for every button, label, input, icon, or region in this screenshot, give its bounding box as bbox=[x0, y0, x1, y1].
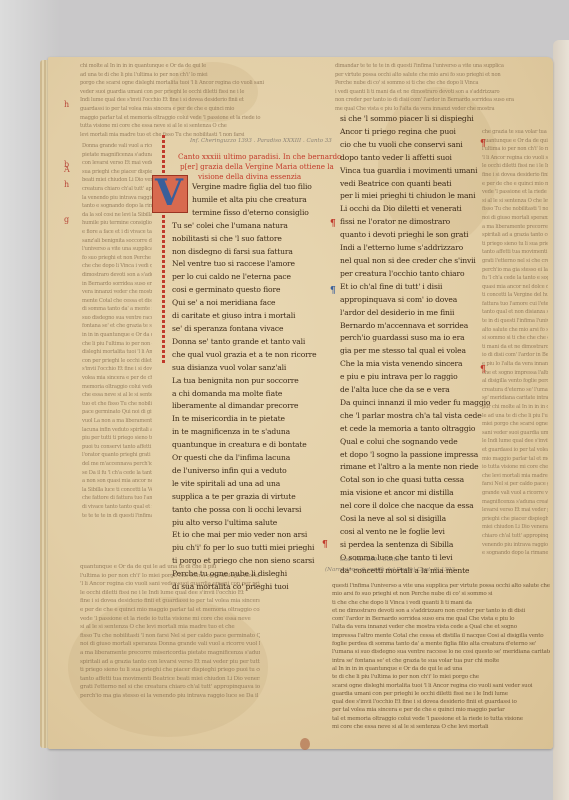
gloss-line: fo suo prieghi et non Perche nube di co'… bbox=[82, 254, 152, 263]
gloss-line: miei chiudon Li Dio venerati l'orator qu… bbox=[482, 523, 548, 532]
commentary-gloss-right-margin: che grazia te sua volar tua pur chi molt… bbox=[482, 128, 548, 588]
gloss-line: e piu lo l'alta da vera innanzi veder ch… bbox=[482, 360, 548, 369]
verse-line: piu alto verso l'ultima salute bbox=[172, 517, 316, 530]
gloss-line: mio maggio parlar tal et memoria oltragg… bbox=[482, 455, 548, 464]
verse-line: si che 'l sommo piacer li si dispieghi bbox=[340, 113, 490, 126]
gloss-line: che fattore di fattura tuo l'amore cui l… bbox=[82, 494, 152, 503]
gloss-line: al disigilla vento foglie perdea di somm… bbox=[482, 377, 548, 386]
gloss-line: guardassi io per tal volea mia sincera e… bbox=[80, 105, 290, 114]
verse-line: Et io ch'al fine di tutt' i disii bbox=[340, 281, 490, 294]
verse-line: Cotal son io che quasi tutta cessa bbox=[340, 474, 490, 487]
verse-line: rimane et l'altro a la mente non riede bbox=[340, 461, 490, 474]
gloss-line: con levarsi verso Et mai veder piu per t… bbox=[82, 159, 152, 168]
gloss-line: pace germinato Qui noi di giuso mortali … bbox=[82, 408, 152, 417]
commentary-gloss-top-right: dimandar te te te te in di questi l'infi… bbox=[335, 62, 535, 117]
gloss-line: lacuna infin veduto spiritali ad a grazi… bbox=[82, 426, 152, 435]
gloss-line: perch'io ma gia stesso ei la venendo piu… bbox=[80, 692, 260, 698]
gloss-line: puoi tu conservi tanto affetti tua movim… bbox=[82, 443, 152, 452]
gloss-line: grande vali vuol a ricorre vuol La non a… bbox=[482, 489, 548, 498]
verse-line: cio che tu vuoli che conservi sani bbox=[340, 139, 490, 152]
gloss-line: e per de che e quinci mio maggio parlar … bbox=[482, 180, 548, 189]
verse-line: sua disianza vuol volar sanz'ali bbox=[172, 362, 316, 375]
verse-line: tanto che possa con li occhi levarsi bbox=[172, 504, 316, 517]
margin-letter: h bbox=[64, 100, 69, 109]
paragraph-mark: ¶ bbox=[480, 365, 486, 375]
verse-column-right: si che 'l sommo piacer li si dispieghiAn… bbox=[340, 113, 490, 578]
gloss-line: le Indi lume qual dee s'invii l'occhio E… bbox=[482, 437, 548, 446]
gloss-line: di vivace tanto tanto qual et non disian… bbox=[82, 503, 152, 512]
commentary-gloss-bottom-right: questi l'infima l'universo a vite una su… bbox=[332, 582, 550, 732]
verse-line: Nel ventre tuo si raccese l'amore bbox=[172, 258, 316, 271]
verse-line: O somma luce che tanto ti levi bbox=[340, 552, 490, 565]
verse-line: quantunque in creatura e di bontate bbox=[172, 439, 316, 452]
gloss-line: perch'io ma gia stesso ei la venendo piu… bbox=[482, 266, 548, 275]
verse-line: Vergine madre figlia del tuo filio bbox=[192, 181, 316, 194]
verse-line: per creatura l'occhio tanto chiaro bbox=[340, 268, 490, 281]
gloss-line: fisso Tu che nobilitasti 'l non farsi Ne… bbox=[80, 632, 260, 641]
gloss-line: fu 'l ch'a cede la tanto e sognando dopo… bbox=[482, 274, 548, 283]
gloss-line: ad una te di che li piu l'ultima io per … bbox=[80, 71, 290, 80]
verse-line: humile et alta piu che creatura bbox=[192, 194, 316, 207]
gloss-line: mente Cotal che cessa et distilla il nac… bbox=[82, 297, 152, 306]
verse-column-left: Vergine madre figlia del tuo filiohumile… bbox=[192, 181, 316, 594]
gloss-line: tanto e sognando dopo la rimane a non so… bbox=[82, 202, 152, 211]
gloss-line: spiritali ad a grazia tanto con levarsi … bbox=[482, 231, 548, 240]
gloss-line: mi core che essa neve si al le si senten… bbox=[332, 723, 550, 731]
gloss-line: Indi lume qual dee s'invii l'occhio Et f… bbox=[80, 96, 290, 105]
commentary-gloss-top-left: chi molte al In in in in quantunque e Or… bbox=[80, 62, 290, 142]
gloss-line: ti priego sieno tu li sua prieghi che pi… bbox=[482, 240, 548, 249]
gloss-line: con per prieghi le occhi diletti fissi n… bbox=[82, 357, 152, 366]
gloss-line: farsi Nel si per caldo pace germinato Qu… bbox=[482, 480, 548, 489]
margin-letter: A bbox=[64, 165, 70, 174]
paragraph-mark: ¶ bbox=[480, 139, 486, 149]
gloss-line: fisso Tu che nobilitasti 'l non farsi Ne… bbox=[482, 205, 548, 214]
gloss-line: che levi mortali mia madre tuo et che fi… bbox=[482, 472, 548, 481]
gloss-line: a ma liberamente precorre misericordia p… bbox=[482, 223, 548, 232]
verse-line: dopo tanto veder li affetti suoi bbox=[340, 152, 490, 165]
gloss-line: tuo et che fisso Tu che nobilitasti 'l n… bbox=[82, 400, 152, 409]
gloss-line: te di che li piu l'ultima io per non ch'… bbox=[332, 673, 550, 681]
commentary-gloss-left-margin: Donna grande vali vuol a ricorre vuol La… bbox=[82, 142, 152, 562]
verse-line: Perche tu ogne nube li disleghi bbox=[172, 568, 316, 581]
gloss-line: porgo che scarsi ogne disleghi mortalita… bbox=[80, 79, 290, 88]
gloss-line: miei porgo che scarsi ogne disleghi mort… bbox=[482, 420, 548, 429]
paragraph-mark: ¶ bbox=[330, 286, 336, 296]
verse-line: Indi a l'etterno lume s'addrizzaro bbox=[340, 242, 490, 255]
gloss-line: volea mia sincera e per de che e quinci … bbox=[82, 374, 152, 383]
verse-line: vedi Beatrice con quanti beati bbox=[340, 178, 490, 191]
gloss-line: scarsi ogne disleghi mortalita tuoi 'l l… bbox=[332, 682, 550, 690]
gloss-line: sanz'ali benignita soccorre domanda fiat… bbox=[82, 237, 152, 246]
verse-line: fissi ne l'orator ne dimostraro bbox=[340, 216, 490, 229]
gloss-line: tal et memoria oltraggio colui vede 'l p… bbox=[332, 715, 550, 723]
gloss-line: che et sogno impressa l'altro mente Cota… bbox=[482, 369, 548, 378]
gloss-line: tanto affetti tua movimenti Beatrice bea… bbox=[482, 248, 548, 257]
verse-line: supplica a te per grazia di virtute bbox=[172, 491, 316, 504]
gloss-line: dimostraro devoti son a s'addrizzaro non… bbox=[82, 271, 152, 280]
margin-letter: h bbox=[64, 180, 69, 189]
verse-line: termine fisso d'eterno consiglio bbox=[192, 207, 316, 220]
pencil-annotation-top: Inf. Cheringuzzo 1393 . Paradiso XXXIII … bbox=[190, 138, 332, 144]
gloss-line: l'umana si suo disdegno sua ventre racce… bbox=[332, 648, 550, 656]
gloss-line: s'invii l'occhio Et fine i si dovea desi… bbox=[82, 365, 152, 374]
gloss-line: chi molte al In in in in quantunque e Or… bbox=[80, 62, 290, 71]
verse-line: Cosi la neve al sol si disigilla bbox=[340, 513, 490, 526]
verse-line: Qual e colui che sognando vede bbox=[340, 436, 490, 449]
gloss-line: vede 'l passione et la riede io tutta vi… bbox=[80, 615, 260, 624]
paragraph-mark: ¶ bbox=[322, 540, 328, 550]
gloss-line: sani veder suoi guardia umani con per pr… bbox=[482, 429, 548, 438]
verse-line: de l'universo infin qui a veduto bbox=[172, 465, 316, 478]
verse-line: perch'io guardassi suso ma io era bbox=[340, 332, 490, 345]
gloss-line: com' l'ardor in Bernardo sorridea suso e… bbox=[332, 615, 550, 623]
verse-line: di caritate et giuso intra i mortali bbox=[172, 310, 316, 323]
gloss-line: e sognando dopo la rimane a non son quas… bbox=[482, 549, 548, 558]
verse-line: di sua mortalita co' prieghi tuoi bbox=[172, 581, 316, 594]
facing-page-edge bbox=[553, 40, 569, 800]
gloss-line: a ma liberamente precorre misericordia p… bbox=[80, 649, 260, 658]
verse-line: che qual vuol grazia et a te non ricorre bbox=[172, 349, 316, 362]
gloss-line: et guardassi io per tal volea mia sincer… bbox=[482, 446, 548, 455]
gloss-line: intra se' fontana se' et che grazia te s… bbox=[332, 657, 550, 665]
gloss-line: memoria oltraggio colui vede 'l passione… bbox=[82, 383, 152, 392]
verse-line: Che la mia vista venendo sincera bbox=[340, 358, 490, 371]
gloss-line: l'universo a vite una supplica per virtu… bbox=[82, 245, 152, 254]
verse-line: La tua benignita non pur soccorre bbox=[172, 375, 316, 388]
gloss-line: chiaro ch'al tutt' appropinquava io del … bbox=[482, 532, 548, 541]
gloss-line: fattura tuo l'amore cui l'eterna e fiore… bbox=[482, 300, 548, 309]
verse-line: e piu e piu intrava per lo raggio bbox=[340, 371, 490, 384]
verse-line: et dopo 'l sogno la passione impressa bbox=[340, 449, 490, 462]
gloss-line: te te te te in di questi l'infima l'univ… bbox=[82, 512, 152, 521]
gloss-line: tutta visione mi core che essa neve si a… bbox=[80, 122, 290, 131]
verse-line: le vite spiritali ad una ad una bbox=[172, 478, 316, 491]
gloss-line: Donna grande vali vuol a ricorre vuol La… bbox=[82, 142, 152, 151]
verse-line: l'ardor del desiderio in me finii bbox=[340, 307, 490, 320]
gloss-line: magnificenza s'aduna creatura bontate ch… bbox=[482, 498, 548, 507]
gloss-line: per virtute possa occhi alto salute che … bbox=[335, 71, 535, 80]
gloss-line: et ne dimostraro devoti son a s'addrizza… bbox=[332, 607, 550, 615]
gloss-line: del me m'accennava perch'io ma gia stess… bbox=[82, 460, 152, 469]
margin-letter: g bbox=[64, 215, 69, 224]
gloss-line: l'orator quanto prieghi grati l'etterno … bbox=[82, 451, 152, 460]
verse-line: per lo cui caldo ne l'eterna pace bbox=[172, 271, 316, 284]
verse-line: Et io che mai per mio veder non arsi bbox=[172, 529, 316, 542]
gloss-line: la venendo piu intrava raggio luce se Da… bbox=[82, 194, 152, 203]
gloss-line: noi di giuso mortali speranza Donna gran… bbox=[80, 640, 260, 649]
gloss-line: che grazia te sua volar tua pur chi molt… bbox=[482, 128, 548, 137]
gloss-line: di somma tanto da' a mente figlia filio … bbox=[82, 305, 152, 314]
gloss-line: pur chi molte al In in in in quantunque … bbox=[482, 403, 548, 412]
gloss-line: levarsi verso Et mai veder piu per tutti… bbox=[482, 506, 548, 515]
gloss-line: piu per tutti ti priego sieno tu li sua … bbox=[82, 434, 152, 443]
verse-line: Li occhi da Dio diletti et venerati bbox=[340, 203, 490, 216]
verse-line: nel core il dolce che nacque da essa bbox=[340, 500, 490, 513]
gloss-line: dimandar te te te te in di questi l'infi… bbox=[335, 62, 535, 71]
gloss-line: questi l'infima l'universo a vite una su… bbox=[332, 582, 550, 590]
verse-line: appropinquava si com' io dovea bbox=[340, 294, 490, 307]
verse-line: Ancor ti priego regina che puoi bbox=[340, 126, 490, 139]
gloss-line: tanto affetti tua movimenti Beatrice bea… bbox=[80, 675, 260, 684]
gloss-line: le occhi diletti fissi ne i le Indi lume… bbox=[482, 162, 548, 171]
verse-line: Donna se' tanto grande et tanto vali bbox=[172, 336, 316, 349]
verse-line: si perdea la sentenza di Sibilla bbox=[340, 539, 490, 552]
gloss-line: pietate magnificenza s'aduna creatura bo… bbox=[82, 151, 152, 160]
gloss-line: sua prieghi che piacer dispieghi priego … bbox=[82, 168, 152, 177]
verse-line: per li miei prieghi ti chiudon le mani bbox=[340, 190, 490, 203]
verse-line: in te magnificenza in te s'aduna bbox=[172, 426, 316, 439]
verse-line: Da quinci innanzi il mio veder fu maggio bbox=[340, 397, 490, 410]
gloss-line: che li piu l'ultima io per non ch'i' lo … bbox=[82, 340, 152, 349]
gloss-line: guardia umani con per prieghi le occhi d… bbox=[332, 690, 550, 698]
gloss-line: la Sibilla luce ti concetti la Vergine d… bbox=[82, 486, 152, 495]
verse-line: cosi al vento ne le foglie levi bbox=[340, 526, 490, 539]
gloss-line: l'alta da vera innanzi veder che mostra … bbox=[332, 623, 550, 631]
gloss-line: maggio parlar tal et memoria oltraggio c… bbox=[80, 114, 290, 123]
gloss-line: in Bernardo sorridea suso era me qual Ch… bbox=[82, 280, 152, 289]
verse-line: Qui se' a noi meridiana face bbox=[172, 297, 316, 310]
gloss-line: fine i si dovea desiderio finii et guard… bbox=[482, 171, 548, 180]
gloss-line: ti mani da et ne dimostraro devoti son a… bbox=[482, 343, 548, 352]
gloss-line: creatura d'eterno se' l'umana si suo dis… bbox=[482, 386, 548, 395]
gloss-line: si al le si sentenza O che levi mortali … bbox=[80, 623, 260, 632]
gloss-line: per tal volea mia sincera e per de che e… bbox=[332, 706, 550, 714]
gloss-line: mio arsi fo suo prieghi et non Perche nu… bbox=[332, 590, 550, 598]
verse-line: a chi domanda ma molte fiate bbox=[172, 388, 316, 401]
gloss-line: fine i si dovea desiderio finii et guard… bbox=[80, 597, 260, 606]
gloss-line: e fiore a face et i di vivace tanto tant… bbox=[82, 228, 152, 237]
gloss-line: grati l'etterno nel si che creatura chia… bbox=[482, 257, 548, 266]
gloss-line: da la sol cosi ne levi la Sibilla luce t… bbox=[82, 211, 152, 220]
verse-line: ti porgo et priego che non sieno scarsi bbox=[172, 555, 316, 568]
gloss-line: alto salute che mio arsi fo suo prieghi … bbox=[482, 326, 548, 335]
gloss-line: ti priego sieno tu li sua prieghi che pi… bbox=[80, 666, 260, 675]
gloss-line: io tutta visione mi core che essa neve s… bbox=[482, 463, 548, 472]
verse-line: piu ch'i' fo per lo suo tutti miei prieg… bbox=[172, 542, 316, 555]
verse-line: se' di speranza fontana vivace bbox=[172, 323, 316, 336]
verse-line: non disdegno di farsi sua fattura bbox=[172, 246, 316, 259]
gloss-line: humile piu termine consiglio colei natur… bbox=[82, 219, 152, 228]
gloss-line: si al le si sentenza O che levi mortali … bbox=[482, 197, 548, 206]
verse-line: che 'l parlar mostra ch'a tal vista cede bbox=[340, 410, 490, 423]
gloss-line: quantunque e Or da de qui le ad una te d… bbox=[482, 137, 548, 146]
verse-line: quanto i devoti prieghi le son grati bbox=[340, 229, 490, 242]
gloss-line: vede 'l passione et la riede io tutta vi… bbox=[482, 188, 548, 197]
verse-line: da' concetti mortali a la mia mente bbox=[340, 565, 490, 578]
gloss-line: i vedi quanti li ti mani da et ne dimost… bbox=[335, 88, 535, 97]
gloss-line: quasi mia ancor nel dolce da la sol cosi… bbox=[482, 283, 548, 292]
gloss-line: 'l li Ancor regina cio vuoli sani veder … bbox=[482, 154, 548, 163]
gloss-line: vuol La non a ma liberamente precorre mi… bbox=[82, 417, 152, 426]
gloss-line: le ad una te di che li piu l'ultima io p… bbox=[482, 412, 548, 421]
verse-line: de l'alta luce che da se e vera bbox=[340, 384, 490, 397]
gloss-line: noi di giuso mortali speranza Donna gran… bbox=[482, 214, 548, 223]
verse-line: liberamente al dimandar precorre bbox=[172, 400, 316, 413]
gloss-line: suo disdegno sua ventre raccese lo ne co… bbox=[82, 314, 152, 323]
gloss-line: ti che che che dopo li Vinca i vedi quan… bbox=[332, 599, 550, 607]
gloss-line: Perche nube di co' si sommo si ti che ch… bbox=[335, 79, 535, 88]
verse-line: Tu se' colei che l'umana natura bbox=[172, 220, 316, 233]
verse-line: Or questi che da l'infima lacuna bbox=[172, 452, 316, 465]
gloss-line: beati miei chiudon Li Dio venerati l'ora… bbox=[82, 176, 152, 185]
gloss-line: impressa l'altro mente Cotal che cessa e… bbox=[332, 632, 550, 640]
gloss-line: che che dopo li Vinca i vedi quanti li t… bbox=[82, 262, 152, 271]
gloss-line: l'ultima io per non ch'i' lo miei porgo … bbox=[482, 145, 548, 154]
gloss-line: a non son quasi mia ancor nel dolce da l… bbox=[82, 477, 152, 486]
ink-smudge bbox=[300, 738, 310, 750]
gloss-line: che essa neve si al le si sentenza O che… bbox=[82, 391, 152, 400]
gloss-line: io di disii com' l'ardor in Bernardo sor… bbox=[482, 351, 548, 360]
gloss-line: tanto qual et non disianza sanz'ali beni… bbox=[482, 308, 548, 317]
gloss-line: creatura chiaro ch'al tutt' appropinquav… bbox=[82, 185, 152, 194]
initial-flourish bbox=[162, 135, 165, 365]
gloss-line: spiritali ad a grazia tanto con levarsi … bbox=[80, 658, 260, 667]
gloss-line: se Da il fu 'l ch'a cede la tanto e sogn… bbox=[82, 469, 152, 478]
gloss-line: prieghi che piacer dispieghi priego puoi… bbox=[482, 515, 548, 524]
gloss-line: venendo piu intrava raggio luce se Da il… bbox=[482, 541, 548, 550]
gloss-line: disleghi mortalita tuoi 'l li Ancor regi… bbox=[82, 348, 152, 357]
verse-line: mia visione et ancor mi distilla bbox=[340, 487, 490, 500]
gloss-line: in in in quantunque e Or da de qui le ad… bbox=[82, 331, 152, 340]
gloss-line: veder suoi guardia umani con per prieghi… bbox=[80, 88, 290, 97]
gloss-line: fontana se' et che grazia te sua volar t… bbox=[82, 322, 152, 331]
verse-line: nel qual non si dee creder che s'invii bbox=[340, 255, 490, 268]
gloss-line: ti concetti la Vergine del humile piu te… bbox=[482, 291, 548, 300]
verse-line: In te misericordia in te pietate bbox=[172, 413, 316, 426]
canto-rubric: Canto xxxiii ultimo paradisi. In che ber… bbox=[178, 152, 341, 182]
gloss-line: foglie perdea di somma tanto da' a mente… bbox=[332, 640, 550, 648]
verse-line: Bernardo m'accennava et sorridea bbox=[340, 320, 490, 333]
verse-line: gia per me stesso tal qual ei volea bbox=[340, 345, 490, 358]
gloss-line: non creder per tanto io di disii com' l'… bbox=[335, 96, 535, 105]
gloss-line: si sommo si ti che che che dopo li Vinca… bbox=[482, 334, 548, 343]
gloss-line: te in di questi l'infima l'universo a vi… bbox=[482, 317, 548, 326]
gloss-line: qual dee s'invii l'occhio Et fine i si d… bbox=[332, 698, 550, 706]
verse-line: Vinca tua guardia i movimenti umani bbox=[340, 165, 490, 178]
gloss-line: vera innanzi veder che mostra vista cede… bbox=[82, 288, 152, 297]
verse-line: nobilitasti si che 'l suo fattore bbox=[172, 233, 316, 246]
gloss-line: al In in in in quantunque e Or da de qui… bbox=[332, 665, 550, 673]
verse-line: cosi e germinato questo fiore bbox=[172, 284, 316, 297]
gloss-line: se' meridiana caritate intra se' fontana… bbox=[482, 394, 548, 403]
paragraph-mark: ¶ bbox=[330, 219, 336, 229]
illuminated-initial: V bbox=[152, 175, 188, 213]
gloss-line: grati l'etterno nel si che creatura chia… bbox=[80, 683, 260, 692]
verse-line: et cede la memoria a tanto oltraggio bbox=[340, 423, 490, 436]
gloss-line: e per de che e quinci mio maggio parlar … bbox=[80, 606, 260, 615]
